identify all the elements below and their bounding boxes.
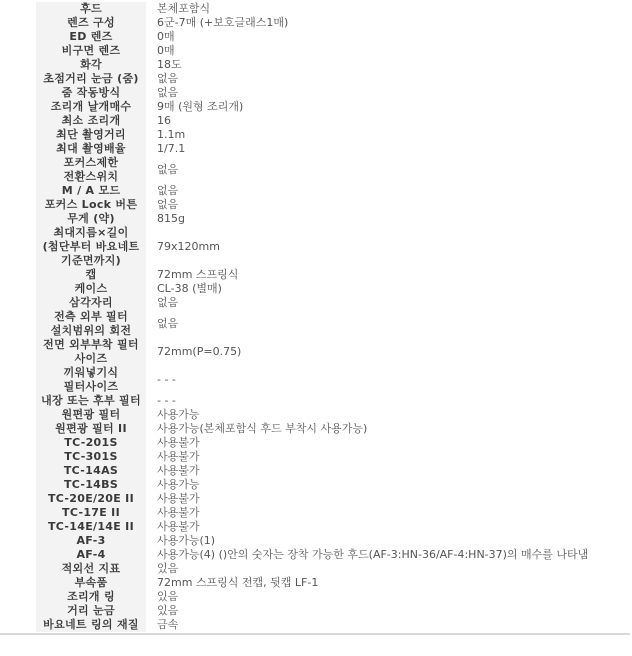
spec-label: TC-14E/14E II xyxy=(36,520,146,534)
spec-label: TC-14BS xyxy=(36,478,146,492)
spec-value: 사용불가 xyxy=(157,520,588,534)
column-gap xyxy=(146,296,157,310)
column-gap xyxy=(146,590,157,604)
spec-label: 캡 xyxy=(36,268,146,282)
column-gap xyxy=(146,16,157,30)
column-gap xyxy=(146,338,157,366)
spec-value: 사용불가 xyxy=(157,492,588,506)
spec-label: TC-201S xyxy=(36,436,146,450)
spec-row: TC-14AS사용불가 xyxy=(36,464,588,478)
spec-value: 0매 xyxy=(157,30,588,44)
spec-row: 전측 외부 필터 설치범위의 회전없음 xyxy=(36,310,588,338)
spec-label: 원편광 필터 II xyxy=(36,422,146,436)
spec-label: TC-14AS xyxy=(36,464,146,478)
column-gap xyxy=(146,72,157,86)
spec-value: 없음 xyxy=(157,86,588,100)
spec-row: AF-4사용가능(4) ()안의 숫자는 장착 가능한 후드(AF-3:HN-3… xyxy=(36,548,588,562)
spec-row: 비구면 렌즈0매 xyxy=(36,44,588,58)
spec-label: 케이스 xyxy=(36,282,146,296)
spec-value: 본체포함식 xyxy=(157,2,588,16)
spec-value: - - - xyxy=(157,366,588,394)
spec-row: 원편광 필터 II사용가능(본체포함식 후드 부착시 사용가능) xyxy=(36,422,588,436)
spec-label: 최소 조리개 xyxy=(36,114,146,128)
column-gap xyxy=(146,156,157,184)
column-gap xyxy=(146,128,157,142)
column-gap xyxy=(146,520,157,534)
spec-value: 72mm(P=0.75) xyxy=(157,338,588,366)
column-gap xyxy=(146,576,157,590)
spec-row: 줌 작동방식없음 xyxy=(36,86,588,100)
spec-value: 있음 xyxy=(157,590,588,604)
spec-row: 원편광 필터사용가능 xyxy=(36,408,588,422)
spec-value: 9매 (원형 조리개) xyxy=(157,100,588,114)
spec-value: CL-38 (별매) xyxy=(157,282,588,296)
column-gap xyxy=(146,548,157,562)
spec-label: ED 렌즈 xyxy=(36,30,146,44)
spec-label: 렌즈 구성 xyxy=(36,16,146,30)
column-gap xyxy=(146,58,157,72)
column-gap xyxy=(146,100,157,114)
column-gap xyxy=(146,618,157,632)
spec-label: AF-4 xyxy=(36,548,146,562)
spec-row: 최단 촬영거리1.1m xyxy=(36,128,588,142)
column-gap xyxy=(146,198,157,212)
spec-row: 후드본체포함식 xyxy=(36,2,588,16)
spec-row: 최대지름×길이 (첨단부터 바요네트 기준면까지)79x120mm xyxy=(36,226,588,268)
spec-label: 최대지름×길이 (첨단부터 바요네트 기준면까지) xyxy=(36,226,146,268)
spec-value: 6군-7매 (+보호글래스1매) xyxy=(157,16,588,30)
spec-label: 후드 xyxy=(36,2,146,16)
spec-label: M / A 모드 xyxy=(36,184,146,198)
spec-value: 없음 xyxy=(157,184,588,198)
spec-label: TC-301S xyxy=(36,450,146,464)
spec-row: ED 렌즈0매 xyxy=(36,30,588,44)
lens-spec-table: 후드본체포함식렌즈 구성6군-7매 (+보호글래스1매)ED 렌즈0매비구면 렌… xyxy=(36,2,588,632)
spec-label: 적외선 지표 xyxy=(36,562,146,576)
spec-value: 72mm 스프링식 xyxy=(157,268,588,282)
spec-table-body: 후드본체포함식렌즈 구성6군-7매 (+보호글래스1매)ED 렌즈0매비구면 렌… xyxy=(36,2,588,632)
spec-value: 72mm 스프링식 전캡, 뒷캡 LF-1 xyxy=(157,576,588,590)
spec-row: 초점거리 눈금 (줌)없음 xyxy=(36,72,588,86)
spec-value: 없음 xyxy=(157,198,588,212)
spec-table-container: 후드본체포함식렌즈 구성6군-7매 (+보호글래스1매)ED 렌즈0매비구면 렌… xyxy=(0,2,630,635)
spec-label: TC-20E/20E II xyxy=(36,492,146,506)
spec-value: 16 xyxy=(157,114,588,128)
spec-value: 18도 xyxy=(157,58,588,72)
spec-row: 적외선 지표있음 xyxy=(36,562,588,576)
spec-label: 초점거리 눈금 (줌) xyxy=(36,72,146,86)
spec-row: 포커스제한 전환스위치없음 xyxy=(36,156,588,184)
spec-value: 사용가능 xyxy=(157,478,588,492)
column-gap xyxy=(146,282,157,296)
column-gap xyxy=(146,534,157,548)
spec-row: 케이스CL-38 (별매) xyxy=(36,282,588,296)
spec-label: 바요네트 링의 재질 xyxy=(36,618,146,632)
spec-row: 포커스 Lock 버튼없음 xyxy=(36,198,588,212)
spec-row: 부속품72mm 스프링식 전캡, 뒷캡 LF-1 xyxy=(36,576,588,590)
spec-value: 있음 xyxy=(157,604,588,618)
column-gap xyxy=(146,366,157,394)
column-gap xyxy=(146,464,157,478)
spec-row: M / A 모드없음 xyxy=(36,184,588,198)
spec-row: 최대 촬영배율1/7.1 xyxy=(36,142,588,156)
spec-row: TC-17E II사용불가 xyxy=(36,506,588,520)
spec-value: 사용불가 xyxy=(157,450,588,464)
spec-label: AF-3 xyxy=(36,534,146,548)
spec-label: 원편광 필터 xyxy=(36,408,146,422)
column-gap xyxy=(146,408,157,422)
spec-label: 최단 촬영거리 xyxy=(36,128,146,142)
column-gap xyxy=(146,114,157,128)
spec-row: 무게 (약)815g xyxy=(36,212,588,226)
spec-value: 815g xyxy=(157,212,588,226)
spec-value: 사용가능 xyxy=(157,408,588,422)
spec-row: 캡72mm 스프링식 xyxy=(36,268,588,282)
column-gap xyxy=(146,506,157,520)
spec-label: 최대 촬영배율 xyxy=(36,142,146,156)
spec-label: 무게 (약) xyxy=(36,212,146,226)
spec-label: 부속품 xyxy=(36,576,146,590)
spec-row: 끼워넣기식 필터사이즈- - - xyxy=(36,366,588,394)
spec-value: 없음 xyxy=(157,296,588,310)
column-gap xyxy=(146,44,157,58)
spec-row: 내장 또는 후부 필터- - - xyxy=(36,394,588,408)
column-gap xyxy=(146,450,157,464)
spec-value: 사용불가 xyxy=(157,506,588,520)
spec-label: 비구면 렌즈 xyxy=(36,44,146,58)
spec-label: 내장 또는 후부 필터 xyxy=(36,394,146,408)
spec-value: 없음 xyxy=(157,310,588,338)
spec-value: 사용불가 xyxy=(157,436,588,450)
spec-label: 줌 작동방식 xyxy=(36,86,146,100)
spec-value: 1.1m xyxy=(157,128,588,142)
column-gap xyxy=(146,562,157,576)
spec-value: 사용가능(1) xyxy=(157,534,588,548)
column-gap xyxy=(146,212,157,226)
spec-label: 끼워넣기식 필터사이즈 xyxy=(36,366,146,394)
column-gap xyxy=(146,310,157,338)
spec-value: 사용불가 xyxy=(157,464,588,478)
spec-row: 조리개 날개매수9매 (원형 조리개) xyxy=(36,100,588,114)
column-gap xyxy=(146,30,157,44)
spec-label: 전면 외부부착 필터 사이즈 xyxy=(36,338,146,366)
spec-row: AF-3사용가능(1) xyxy=(36,534,588,548)
spec-row: TC-14E/14E II사용불가 xyxy=(36,520,588,534)
spec-value: 없음 xyxy=(157,156,588,184)
spec-row: 전면 외부부착 필터 사이즈72mm(P=0.75) xyxy=(36,338,588,366)
column-gap xyxy=(146,478,157,492)
column-gap xyxy=(146,604,157,618)
spec-label: 화각 xyxy=(36,58,146,72)
spec-row: TC-201S사용불가 xyxy=(36,436,588,450)
spec-value: 있음 xyxy=(157,562,588,576)
spec-row: TC-14BS사용가능 xyxy=(36,478,588,492)
spec-label: 삼각자리 xyxy=(36,296,146,310)
column-gap xyxy=(146,436,157,450)
column-gap xyxy=(146,268,157,282)
spec-row: TC-301S사용불가 xyxy=(36,450,588,464)
spec-row: 바요네트 링의 재질금속 xyxy=(36,618,588,632)
spec-label: TC-17E II xyxy=(36,506,146,520)
spec-value: 사용가능(본체포함식 후드 부착시 사용가능) xyxy=(157,422,588,436)
column-gap xyxy=(146,184,157,198)
spec-row: 삼각자리없음 xyxy=(36,296,588,310)
column-gap xyxy=(146,422,157,436)
spec-label: 거리 눈금 xyxy=(36,604,146,618)
spec-label: 조리개 링 xyxy=(36,590,146,604)
spec-label: 전측 외부 필터 설치범위의 회전 xyxy=(36,310,146,338)
spec-value: 금속 xyxy=(157,618,588,632)
spec-value: 79x120mm xyxy=(157,226,588,268)
column-gap xyxy=(146,142,157,156)
spec-label: 포커스제한 전환스위치 xyxy=(36,156,146,184)
spec-value: - - - xyxy=(157,394,588,408)
spec-row: 조리개 링있음 xyxy=(36,590,588,604)
spec-label: 조리개 날개매수 xyxy=(36,100,146,114)
spec-row: TC-20E/20E II사용불가 xyxy=(36,492,588,506)
spec-value: 0매 xyxy=(157,44,588,58)
spec-label: 포커스 Lock 버튼 xyxy=(36,198,146,212)
column-gap xyxy=(146,86,157,100)
column-gap xyxy=(146,226,157,268)
spec-row: 최소 조리개16 xyxy=(36,114,588,128)
spec-row: 렌즈 구성6군-7매 (+보호글래스1매) xyxy=(36,16,588,30)
spec-value: 없음 xyxy=(157,72,588,86)
column-gap xyxy=(146,2,157,16)
spec-row: 화각18도 xyxy=(36,58,588,72)
spec-value: 1/7.1 xyxy=(157,142,588,156)
column-gap xyxy=(146,394,157,408)
spec-row: 거리 눈금있음 xyxy=(36,604,588,618)
spec-value: 사용가능(4) ()안의 숫자는 장착 가능한 후드(AF-3:HN-36/AF… xyxy=(157,548,588,562)
column-gap xyxy=(146,492,157,506)
